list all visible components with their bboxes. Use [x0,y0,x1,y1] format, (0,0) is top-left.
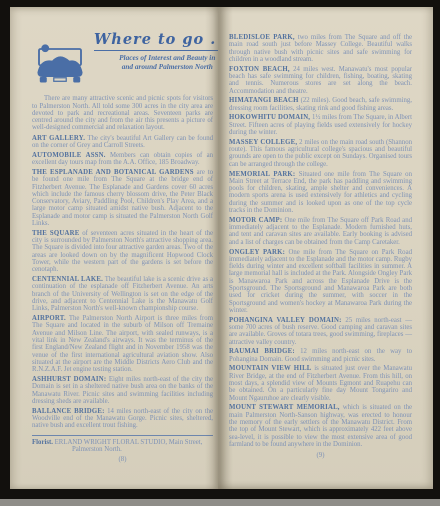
florist-text: ERLAND WRIGHT FLORAL STUDIO, Main Street… [53,439,202,453]
entry-heading: MEMORIAL PARK: [229,171,295,178]
entry: MASSEY COLLEGE, 2 miles on the main road… [229,139,412,168]
entry-heading: ASHHURST DOMAIN: [32,376,106,383]
page-left-header: Where to go . . . Places of Interest and… [32,32,213,88]
entry-heading: FOXTON BEACH, [229,66,290,73]
entry: ONGLEY PARK: One mile from The Square on… [229,249,412,315]
entry-body: are to be found one mile from The Square… [32,169,213,227]
entry-heading: ONGLEY PARK: [229,249,285,256]
scanned-brochure-spread: Where to go . . . Places of Interest and… [0,0,440,506]
entry: BALLANCE BRIDGE: 14 miles north-east of … [32,408,213,430]
intro-paragraph: There are many attractive scenic and pic… [32,95,213,131]
entry-heading: POHANGINA VALLEY DOMAIN: [229,317,342,324]
entry-heading: MOUNT STEWART MEMORIAL, [229,404,340,411]
entry: AIRPORT. The Palmerston North Airport is… [32,315,213,373]
entry-heading: ART GALLERY. [32,135,85,142]
entry: AUTOMOBILE ASSN. Members can obtain copi… [32,152,213,167]
entry: THE ESPLANADE AND BOTANICAL GARDENS are … [32,169,213,227]
entry: BLEDISLOE PARK, two miles from The Squar… [229,34,412,63]
page-left-title-block: Where to go . . . Places of Interest and… [94,32,218,71]
entry-body: The Palmerston North Airport is three mi… [32,315,213,373]
page-title: Where to go . . . [94,32,218,51]
florist-label: Florist. [32,439,53,446]
entry: HOKOWHITU DOMAIN, 1½ miles from The Squa… [229,114,412,136]
entry-heading: MASSEY COLLEGE, [229,139,297,146]
page-number-right: (9) [229,452,412,459]
entry: HIMATANGI BEACH (22 miles). Good beach, … [229,97,412,112]
entry-body: of seventeen acres situated in the heart… [32,230,213,273]
entry-heading: THE ESPLANADE AND BOTANICAL GARDENS [32,169,194,176]
entry: POHANGINA VALLEY DOMAIN: 25 miles north-… [229,317,412,346]
subtitle-line-2: and around Palmerston North [94,63,218,72]
entry-heading: THE SQUARE [32,230,79,237]
entry-heading: AUTOMOBILE ASSN. [32,152,106,159]
entry-heading: MOUNTAIN VIEW HILL [229,365,312,372]
entry-heading: HIMATANGI BEACH [229,97,299,104]
entry-body: Situated one mile from The Square on Mai… [229,171,412,214]
vintage-car-rear-icon [32,32,94,88]
entry-heading: HOKOWHITU DOMAIN, [229,114,310,121]
entry: THE SQUARE of seventeen acres situated i… [32,230,213,274]
entry: MOUNTAIN VIEW HILL is situated just over… [229,365,412,401]
page-number-left: (8) [32,456,213,463]
page-right: BLEDISLOE PARK, two miles from The Squar… [218,7,433,489]
entry-heading: CENTENNIAL LAKE. [32,276,103,283]
entry: FOXTON BEACH, 24 miles west. Manawatu's … [229,66,412,95]
entry-heading: MOTOR CAMP: [229,217,282,224]
entry-heading: BALLANCE BRIDGE: [32,408,105,415]
page-subtitle: Places of Interest and Beauty in and aro… [94,54,218,71]
scanner-bed-strip [0,499,440,506]
entry: MOUNT STEWART MEMORIAL, which is situate… [229,404,412,448]
left-page-entries: ART GALLERY. The city's beautiful Art Ga… [32,135,213,430]
page-left: Where to go . . . Places of Interest and… [10,7,218,489]
florist-note: Florist. ERLAND WRIGHT FLORAL STUDIO, Ma… [32,435,213,454]
right-page-entries: BLEDISLOE PARK, two miles from The Squar… [229,34,412,448]
entry: ART GALLERY. The city's beautiful Art Ga… [32,135,213,150]
entry-heading: BLEDISLOE PARK, [229,34,295,41]
entry: ASHHURST DOMAIN: Eight miles north-east … [32,376,213,405]
entry-body: which is situated on the main Palmerston… [229,404,412,447]
entry: MOTOR CAMP: One mile from The Square off… [229,217,412,246]
entry-body: One mile from The Square on Park Road im… [229,249,412,314]
entry: MEMORIAL PARK: Situated one mile from Th… [229,171,412,215]
entry: RAUMAI BRIDGE: 12 miles north-east on th… [229,348,412,363]
entry-heading: RAUMAI BRIDGE: [229,348,295,355]
entry: CENTENNIAL LAKE. The beautiful lake is a… [32,276,213,312]
entry-heading: AIRPORT. [32,315,66,322]
